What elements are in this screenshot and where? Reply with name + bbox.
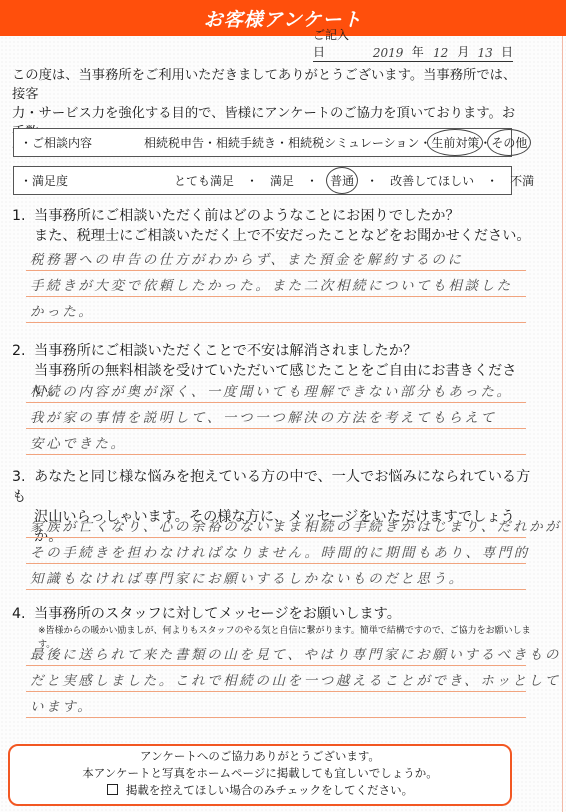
handwritten-text: 税務署への申告の仕方がわからず、また預金を解約するのに (30, 248, 464, 268)
consultation-options: 相続税申告 ・ 相続手続き ・ 相続税シミュレーション ・ 生前対策 ・ その他 (144, 134, 527, 151)
question-text: 当事務所のスタッフに対してメッセージをお願いします。 (34, 606, 401, 622)
answer-line: かった。 (26, 297, 526, 323)
handwritten-text: 家族が亡くなり、心の余裕のないまま相続の手続きがはじまり、だれかが (30, 515, 561, 535)
circle-mark (427, 129, 483, 156)
circle-mark (487, 129, 531, 156)
question-text: あなたと同じ様な悩みを抱えている方の中で、一人でお悩みになられている方も (12, 469, 530, 505)
date-day-unit: 日 (501, 43, 513, 60)
separator: ・ (246, 172, 258, 189)
date-year-unit: 年 (412, 43, 424, 60)
option-tax-simulation[interactable]: 相続税シミュレーション (288, 134, 419, 151)
answer-line: だと実感しました。これで相続の山を一つ越えることができ、ホッとして (26, 666, 526, 692)
answer-line: 手続きが大変で依頼したかった。また二次相続についても相談した (26, 271, 526, 297)
question-text: 当事務所にご相談いただく前はどのようなことにお困りでしたか？ (34, 208, 460, 224)
consultation-label: ・ご相談内容 (20, 134, 92, 151)
option-dissatisfied[interactable]: 不満 (510, 172, 534, 189)
entry-date: ご記入日 2019 年 12 月 13 日 (313, 42, 513, 62)
separator: ・ (276, 134, 288, 151)
date-month-unit: 月 (457, 43, 469, 60)
answer-line: 最後に送られて来た書類の山を見て、やはり専門家にお願いするべきもの (26, 640, 526, 666)
circle-mark (326, 167, 358, 194)
question-text: 当事務所にご相談いただくことで不安は解消されましたか？ (34, 343, 417, 359)
date-month-value[interactable]: 12 (424, 46, 458, 60)
intro-line: この度は、当事務所をご利用いただきましてありがとうございます。当事務所では、接客 (12, 66, 522, 104)
option-neutral[interactable]: 普通 (330, 172, 354, 189)
answer-line: 家族が亡くなり、心の余裕のないまま相続の手続きがはじまり、だれかが (26, 512, 526, 538)
consent-checkbox-row: 掲載を控えてほしい場合のみチェックをしてください。 (10, 782, 510, 799)
separator: ・ (486, 172, 498, 189)
option-inheritance-procedure[interactable]: 相続手続き (216, 134, 276, 151)
handwritten-text: 知識もなければ専門家にお願いするしかないものだと思う。 (30, 567, 465, 587)
handwritten-text: 我が家の事情を説明して、一つ一つ解決の方法を考えてもらえて (30, 406, 497, 426)
answer-line: 安心できた。 (26, 429, 526, 455)
separator: ・ (204, 134, 216, 151)
handwritten-text: 相続の内容が奥が深く、一度聞いても理解できない部分もあった。 (30, 380, 513, 400)
handwritten-text: かった。 (30, 300, 94, 320)
consent-checkbox[interactable] (107, 784, 118, 795)
option-other[interactable]: その他 (491, 134, 527, 151)
satisfaction-label: ・満足度 (20, 172, 68, 189)
answer-3-area[interactable]: 家族が亡くなり、心の余裕のないまま相続の手続きがはじまり、だれかが その手続きを… (26, 512, 526, 590)
question-number: 1. (12, 206, 34, 226)
date-label: ご記入日 (313, 26, 360, 60)
thanks-text: アンケートへのご協力ありがとうございます。 (10, 748, 510, 765)
answer-line: 税務署への申告の仕方がわからず、また預金を解約するのに (26, 245, 526, 271)
question-number: 2. (12, 341, 34, 361)
consent-question: 本アンケートと写真をホームページに掲載しても宜しいでしょうか。 (10, 765, 510, 782)
answer-line: 相続の内容が奥が深く、一度聞いても理解できない部分もあった。 (26, 377, 526, 403)
option-very-satisfied[interactable]: とても満足 (174, 172, 234, 189)
survey-page: お客様アンケート ご記入日 2019 年 12 月 13 日 この度は、当事務所… (0, 0, 566, 812)
question-number: 4. (12, 604, 34, 624)
date-year-value[interactable]: 2019 (364, 46, 411, 60)
date-day-value[interactable]: 13 (469, 46, 501, 60)
handwritten-text: だと実感しました。これで相続の山を一つ越えることができ、ホッとして (30, 669, 561, 689)
question-1: 1.当事務所にご相談いただく前はどのようなことにお困りでしたか？ また、税理士に… (12, 206, 532, 246)
answer-1-area[interactable]: 税務署への申告の仕方がわからず、また預金を解約するのに 手続きが大変で依頼したか… (26, 245, 526, 323)
answer-line: その手続きを担わなければなりません。時間的に期間もあり、専門的 (26, 538, 526, 564)
satisfaction-box: ・満足度 とても満足 ・ 満足 ・ 普通 ・ 改善してほしい ・ 不満 (13, 166, 512, 195)
answer-line: います。 (26, 692, 526, 718)
option-satisfied[interactable]: 満足 (270, 172, 294, 189)
handwritten-text: 最後に送られて来た書類の山を見て、やはり専門家にお願いするべきもの (30, 643, 561, 663)
handwritten-text: 手続きが大変で依頼したかった。また二次相続についても相談した (30, 274, 513, 294)
answer-line: 知識もなければ専門家にお願いするしかないものだと思う。 (26, 564, 526, 590)
handwritten-text: います。 (30, 695, 93, 715)
header-banner: お客様アンケート (0, 0, 566, 36)
consultation-type-box: ・ご相談内容 相続税申告 ・ 相続手続き ・ 相続税シミュレーション ・ 生前対… (13, 128, 512, 157)
satisfaction-options: とても満足 ・ 満足 ・ 普通 ・ 改善してほしい ・ 不満 (174, 172, 534, 189)
consent-checkbox-label: 掲載を控えてほしい場合のみチェックをしてください。 (126, 783, 413, 797)
answer-4-area[interactable]: 最後に送られて来た書類の山を見て、やはり専門家にお願いするべきもの だと実感しま… (26, 640, 526, 718)
option-needs-improvement[interactable]: 改善してほしい (390, 172, 474, 189)
option-inheritance-tax-return[interactable]: 相続税申告 (144, 134, 204, 151)
footer-consent-box: アンケートへのご協力ありがとうございます。 本アンケートと写真をホームページに掲… (8, 744, 512, 806)
answer-line: 我が家の事情を説明して、一つ一つ解決の方法を考えてもらえて (26, 403, 526, 429)
option-pre-death-planning[interactable]: 生前対策 (431, 134, 479, 151)
separator: ・ (306, 172, 318, 189)
question-text: また、税理士にご相談いただく上で不安だったことなどをお聞かせください。 (12, 226, 532, 246)
question-number: 3. (12, 467, 34, 487)
page-edge-line (562, 36, 563, 812)
handwritten-text: その手続きを担わなければなりません。時間的に期間もあり、専門的 (30, 541, 530, 561)
handwritten-text: 安心できた。 (30, 432, 127, 452)
answer-2-area[interactable]: 相続の内容が奥が深く、一度聞いても理解できない部分もあった。 我が家の事情を説明… (26, 377, 526, 455)
separator: ・ (366, 172, 378, 189)
